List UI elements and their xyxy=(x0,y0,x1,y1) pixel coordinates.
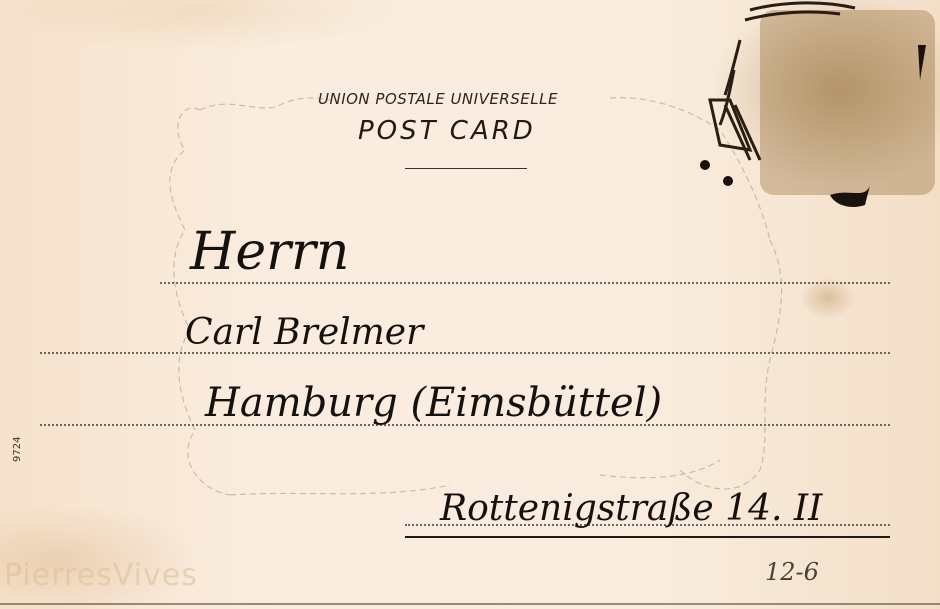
union-postale-heading: UNION POSTALE UNIVERSELLE xyxy=(318,90,558,108)
watermark: PierresVives xyxy=(4,558,198,593)
pencil-note: 12-6 xyxy=(765,558,819,586)
recipient-street: Rottenigstraße 14. II xyxy=(440,488,822,529)
postmark-stamp xyxy=(690,0,940,220)
address-line-1 xyxy=(160,282,890,284)
post-card-title: POST CARD xyxy=(358,116,536,146)
address-underline xyxy=(405,536,890,538)
serial-number: 9724 xyxy=(12,437,23,462)
title-underline xyxy=(405,168,527,169)
recipient-name: Carl Brelmer xyxy=(185,312,423,353)
postcard-back: UNION POSTALE UNIVERSELLE POST CARD Herr… xyxy=(0,0,940,609)
recipient-salutation: Herrn xyxy=(190,222,349,282)
card-bottom-edge xyxy=(0,603,940,605)
address-line-2 xyxy=(40,352,890,354)
recipient-city: Hamburg (Eimsbüttel) xyxy=(205,380,662,426)
